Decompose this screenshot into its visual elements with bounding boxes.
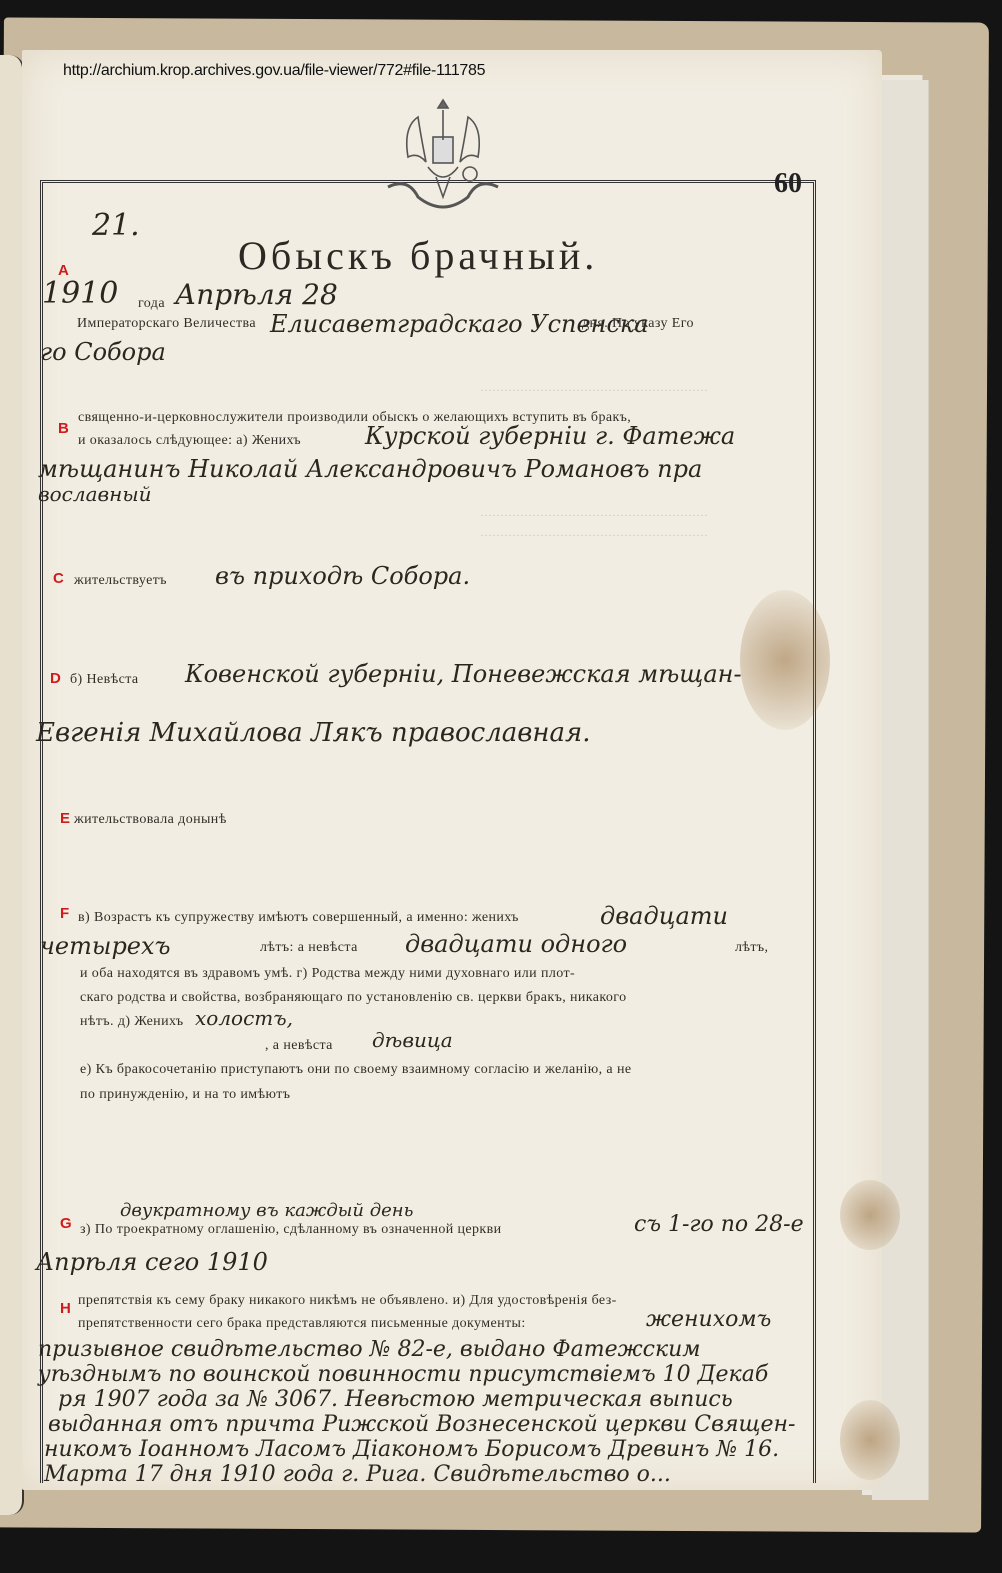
handwritten-banns-insert: двукратному въ каждый день bbox=[120, 1200, 413, 1221]
document-title: Обыскъ брачный. bbox=[238, 232, 598, 279]
source-url-overlay: http://archium.krop.archives.gov.ua/file… bbox=[63, 62, 485, 80]
handwritten-banns-dates: съ 1-го по 28-е bbox=[634, 1212, 804, 1237]
handwritten-groom-religion: вославный bbox=[38, 482, 152, 506]
handwritten-bride-origin: Ковенской губерніи, Поневежская мѣщан- bbox=[185, 660, 742, 688]
folio-number: 60 bbox=[774, 168, 802, 200]
printed-years-bride: лѣтъ: а невѣста bbox=[260, 940, 358, 956]
handwritten-document-line: Марта 17 дня 1910 года г. Рига. Свидѣтел… bbox=[44, 1462, 671, 1487]
handwritten-bride-status: дѣвица bbox=[372, 1028, 453, 1052]
handwritten-document-line: уѣзднымъ по воинской повинности присутст… bbox=[38, 1362, 768, 1387]
handwritten-groom-residence: въ приходѣ Собора. bbox=[215, 562, 470, 590]
paper-stain bbox=[740, 590, 830, 730]
printed-age-line: в) Возрастъ къ супружеству имѣютъ соверш… bbox=[78, 910, 519, 926]
printed-day-label: дня. По указу Его bbox=[582, 316, 694, 332]
previous-page-edge bbox=[0, 55, 24, 1515]
printed-year-label: года bbox=[138, 296, 165, 312]
handwritten-groom-age-b: четырехъ bbox=[40, 932, 171, 960]
printed-documents-line: препятственности сего брака представляют… bbox=[78, 1316, 526, 1332]
section-marker-h: H bbox=[60, 1300, 71, 1317]
section-marker-f: F bbox=[60, 905, 69, 922]
handwritten-document-line: ря 1907 года за № 3067. Невѣстою метриче… bbox=[58, 1387, 733, 1412]
printed-banns-line: з) По троекратному оглашенію, сдѣланному… bbox=[80, 1222, 502, 1238]
handwritten-bride-name: Евгенія Михайлова Лякъ православная. bbox=[36, 718, 591, 748]
printed-groom-status-label: нѣтъ. д) Женихъ bbox=[80, 1014, 183, 1030]
handwritten-document-line: призывное свидѣтельство № 82-е, выдано Ф… bbox=[38, 1337, 701, 1362]
entry-number: 21. bbox=[92, 208, 140, 243]
handwritten-groom-name: мѣщанинъ Николай Александровичъ Романовъ… bbox=[38, 455, 702, 483]
handwritten-bride-age: двадцати одного bbox=[405, 930, 627, 958]
handwritten-document-line: выданная отъ причта Рижской Вознесенской… bbox=[48, 1412, 795, 1437]
section-marker-c: C bbox=[53, 570, 64, 587]
handwritten-groom-age-a: двадцати bbox=[600, 902, 728, 930]
double-headed-eagle-emblem-icon bbox=[378, 92, 508, 222]
printed-majesty: Императорскаго Величества bbox=[77, 316, 256, 332]
printed-years: лѣтъ, bbox=[735, 940, 768, 956]
section-marker-e: E bbox=[60, 810, 70, 827]
section-marker-d: D bbox=[50, 670, 61, 687]
printed-bride-label: б) Невѣста bbox=[70, 672, 139, 688]
paper-stain bbox=[840, 1180, 900, 1250]
printed-resides-label: жительствуетъ bbox=[74, 573, 167, 589]
paper-stain bbox=[840, 1400, 900, 1480]
handwritten-document-line: никомъ Іоанномъ Ласомъ Діакономъ Борисом… bbox=[44, 1437, 779, 1462]
printed-border-frame bbox=[40, 180, 816, 1483]
handwritten-month-day: Апрѣля 28 bbox=[175, 278, 338, 311]
printed-bride-resided-label: жительствовала донынѣ bbox=[74, 812, 227, 828]
handwritten-groom-doc-label: женихомъ bbox=[646, 1307, 771, 1332]
handwritten-church-cont: го Собора bbox=[40, 338, 166, 366]
printed-consent-line: е) Къ бракосочетанію приступаютъ они по … bbox=[80, 1062, 631, 1078]
printed-kinship-line: скаго родства и свойства, возбраняющаго … bbox=[80, 990, 627, 1006]
printed-sound-mind-line: и оба находятся въ здравомъ умѣ. г) Родс… bbox=[80, 966, 575, 982]
printed-no-impediment-line: препятствія къ сему браку никакого никѣм… bbox=[78, 1293, 617, 1309]
printed-not-coerced-line: по принужденію, и на то имѣютъ bbox=[80, 1087, 290, 1103]
handwritten-groom-origin: Курской губерніи г. Фатежа bbox=[365, 422, 735, 450]
printed-bride-status-label: , а невѣста bbox=[265, 1038, 333, 1054]
handwritten-banns-month: Апрѣля сего 1910 bbox=[36, 1248, 268, 1276]
section-marker-g: G bbox=[60, 1215, 72, 1232]
handwritten-groom-status: холостъ, bbox=[195, 1006, 293, 1030]
printed-groom-label: и оказалось слѣдующее: а) Женихъ bbox=[78, 433, 301, 449]
section-marker-b: B bbox=[58, 420, 69, 437]
handwritten-year: 1910 bbox=[42, 276, 118, 311]
